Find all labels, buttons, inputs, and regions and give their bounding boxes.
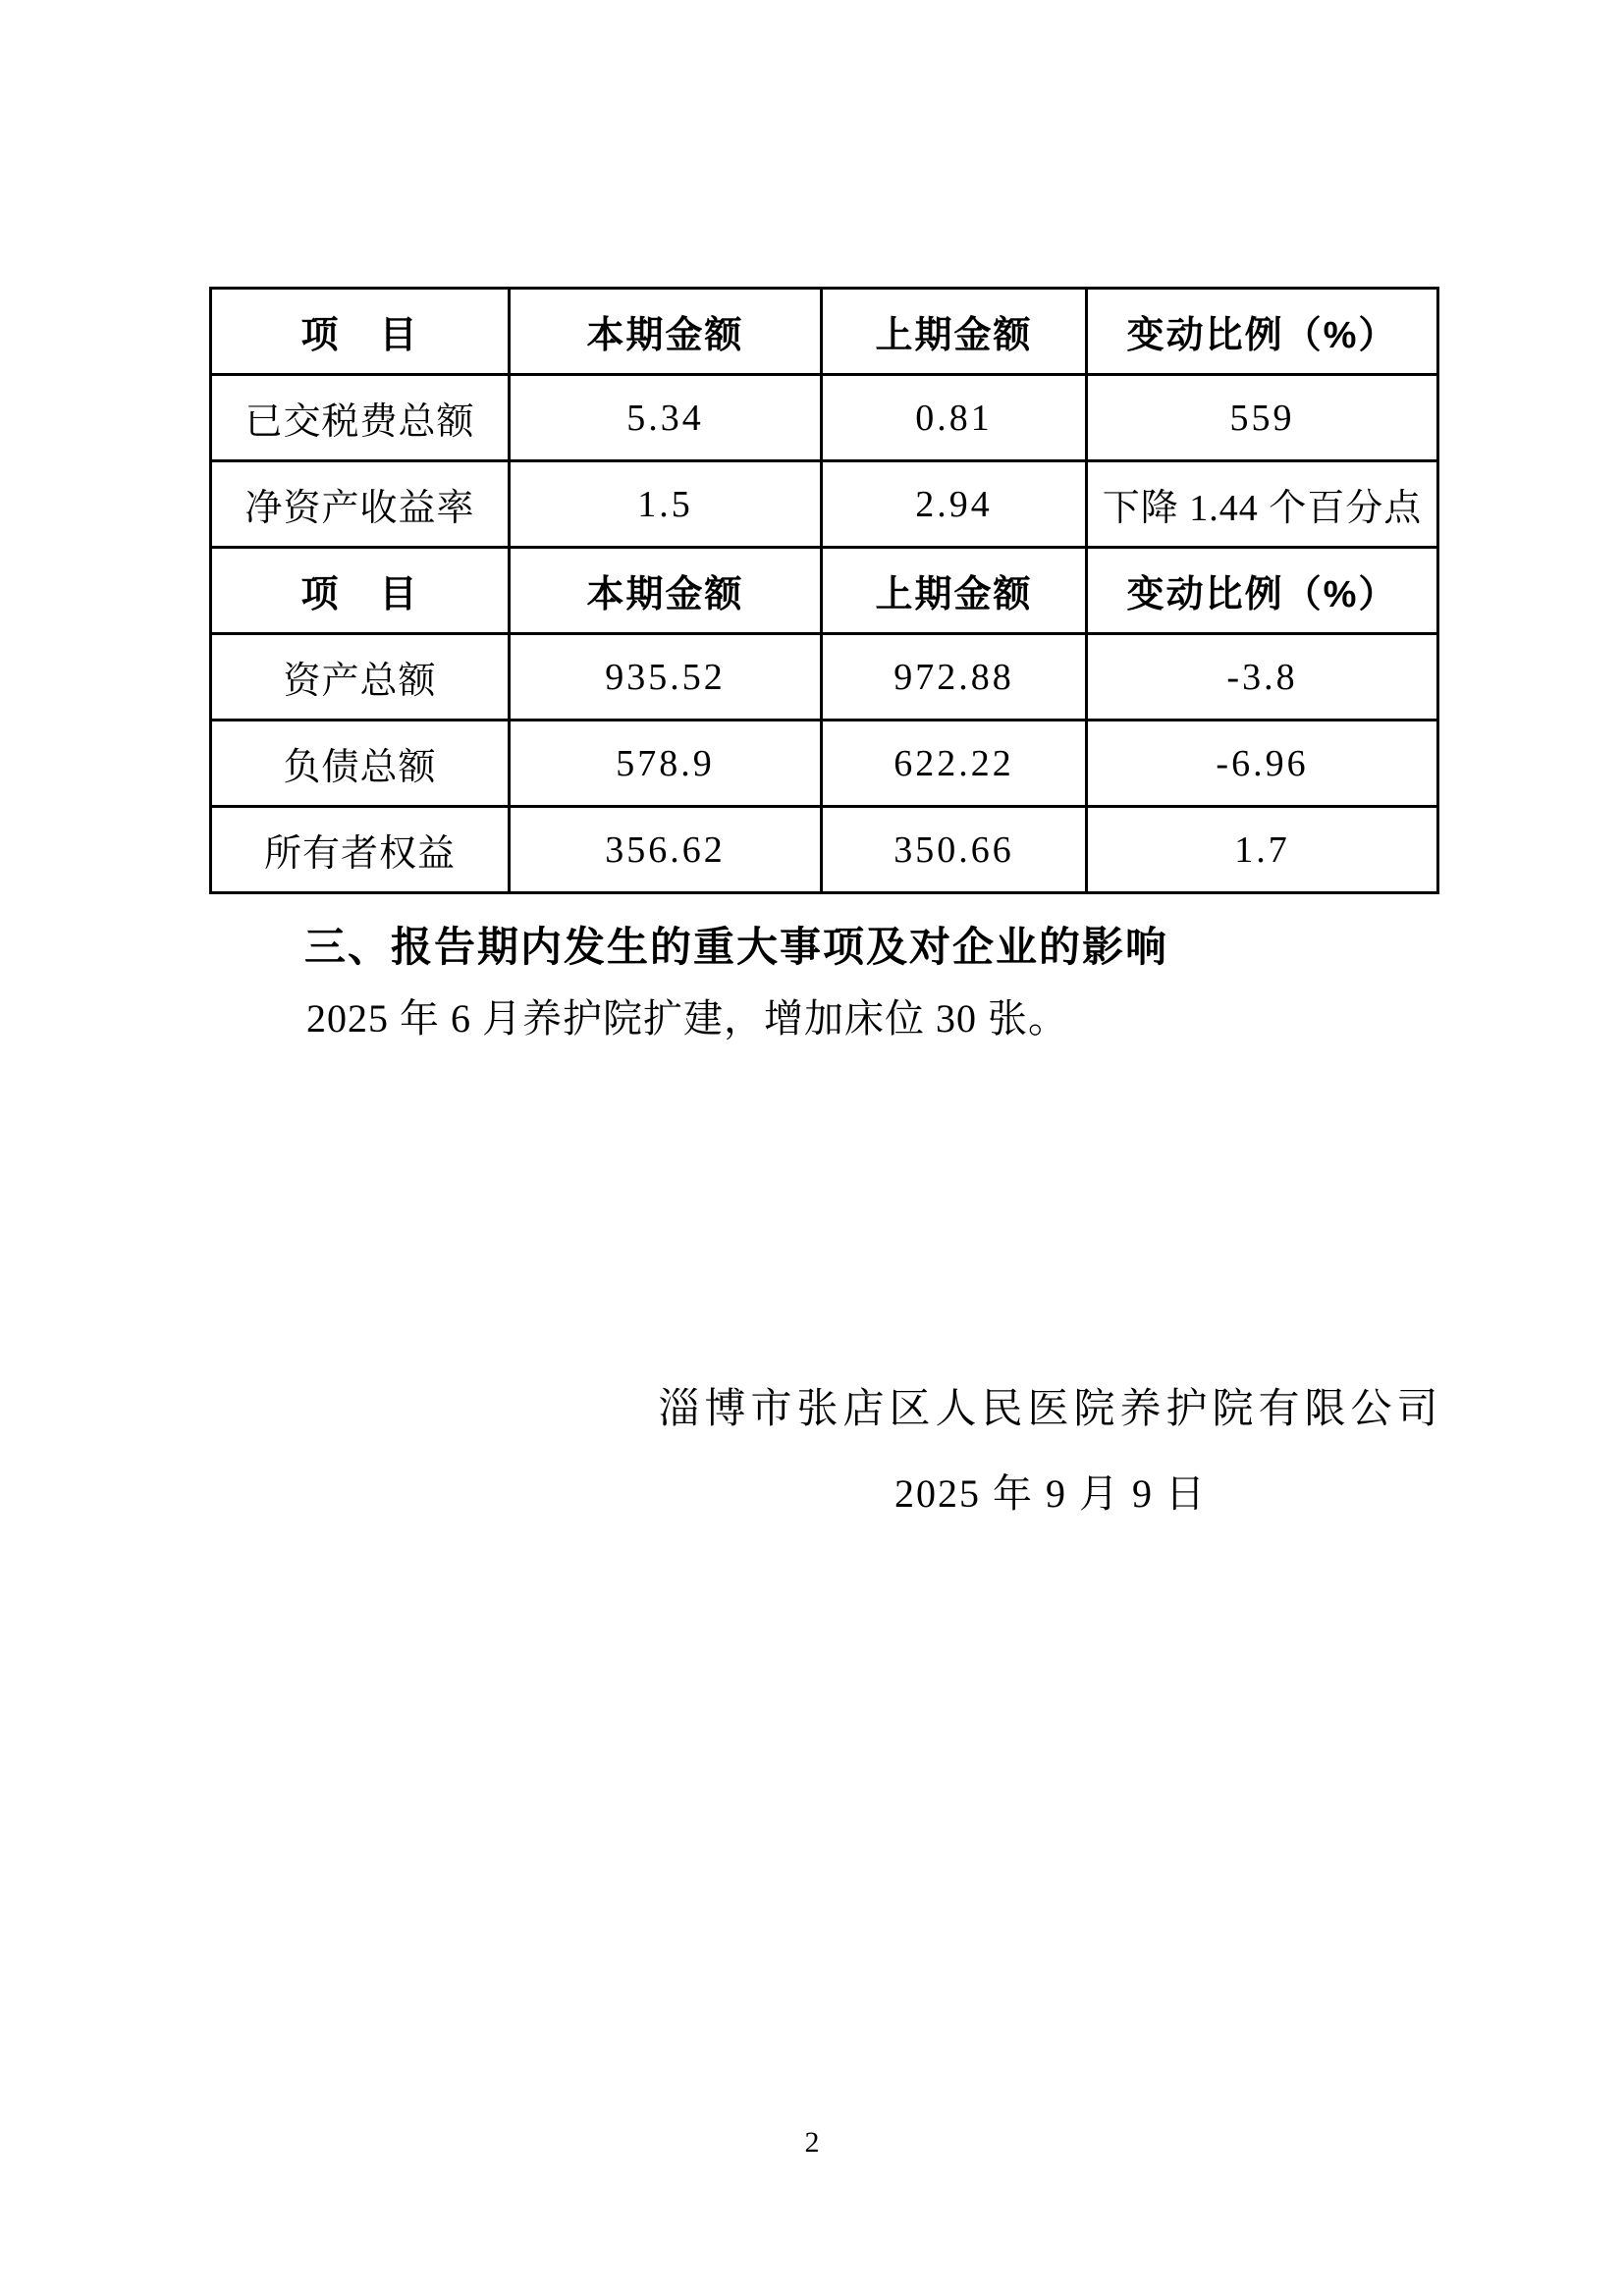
table-cell: 356.62 <box>510 807 822 893</box>
table-row-label: 已交税费总额 <box>211 375 510 461</box>
table-cell: 1.7 <box>1087 807 1438 893</box>
financial-table: 项 目 本期金额 上期金额 变动比例（%） 已交税费总额 5.34 0.81 5… <box>209 287 1439 894</box>
table-row: 资产总额 935.52 972.88 -3.8 <box>211 634 1438 721</box>
table-header-row: 项 目 本期金额 上期金额 变动比例（%） <box>211 548 1438 634</box>
table-cell: 下降 1.44 个百分点 <box>1087 461 1438 548</box>
table-header-cell: 本期金额 <box>510 548 822 634</box>
table-row-label: 资产总额 <box>211 634 510 721</box>
table-row-label: 所有者权益 <box>211 807 510 893</box>
document-page: 项 目 本期金额 上期金额 变动比例（%） 已交税费总额 5.34 0.81 5… <box>0 0 1624 2296</box>
section-heading: 三、报告期内发生的重大事项及对企业的影响 <box>304 915 1168 974</box>
table-cell: 1.5 <box>510 461 822 548</box>
table-row: 净资产收益率 1.5 2.94 下降 1.44 个百分点 <box>211 461 1438 548</box>
signature-date: 2025 年 9 月 9 日 <box>437 1463 1624 1519</box>
table-cell: 0.81 <box>822 375 1087 461</box>
table-row: 负债总额 578.9 622.22 -6.96 <box>211 721 1438 807</box>
table-cell: -3.8 <box>1087 634 1438 721</box>
signature-company: 淄博市张店区人民医院养护院有限公司 <box>437 1376 1624 1435</box>
table-cell: -6.96 <box>1087 721 1438 807</box>
table-header-row: 项 目 本期金额 上期金额 变动比例（%） <box>211 289 1438 375</box>
table-header-cell: 变动比例（%） <box>1087 289 1438 375</box>
table-row: 所有者权益 356.62 350.66 1.7 <box>211 807 1438 893</box>
table-cell: 5.34 <box>510 375 822 461</box>
table-header-cell: 变动比例（%） <box>1087 548 1438 634</box>
body-paragraph: 2025 年 6 月养护院扩建，增加床位 30 张。 <box>306 988 1068 1043</box>
table-header-cell: 上期金额 <box>822 289 1087 375</box>
table-cell: 559 <box>1087 375 1438 461</box>
table-cell: 972.88 <box>822 634 1087 721</box>
table-header-cell: 项 目 <box>211 289 510 375</box>
table-cell: 622.22 <box>822 721 1087 807</box>
page-number: 2 <box>0 2126 1624 2160</box>
table-cell: 2.94 <box>822 461 1087 548</box>
table-cell: 350.66 <box>822 807 1087 893</box>
table-header-cell: 本期金额 <box>510 289 822 375</box>
table-header-cell: 项 目 <box>211 548 510 634</box>
table-header-cell: 上期金额 <box>822 548 1087 634</box>
table-cell: 935.52 <box>510 634 822 721</box>
table-row-label: 净资产收益率 <box>211 461 510 548</box>
table-cell: 578.9 <box>510 721 822 807</box>
table-row-label: 负债总额 <box>211 721 510 807</box>
table-row: 已交税费总额 5.34 0.81 559 <box>211 375 1438 461</box>
